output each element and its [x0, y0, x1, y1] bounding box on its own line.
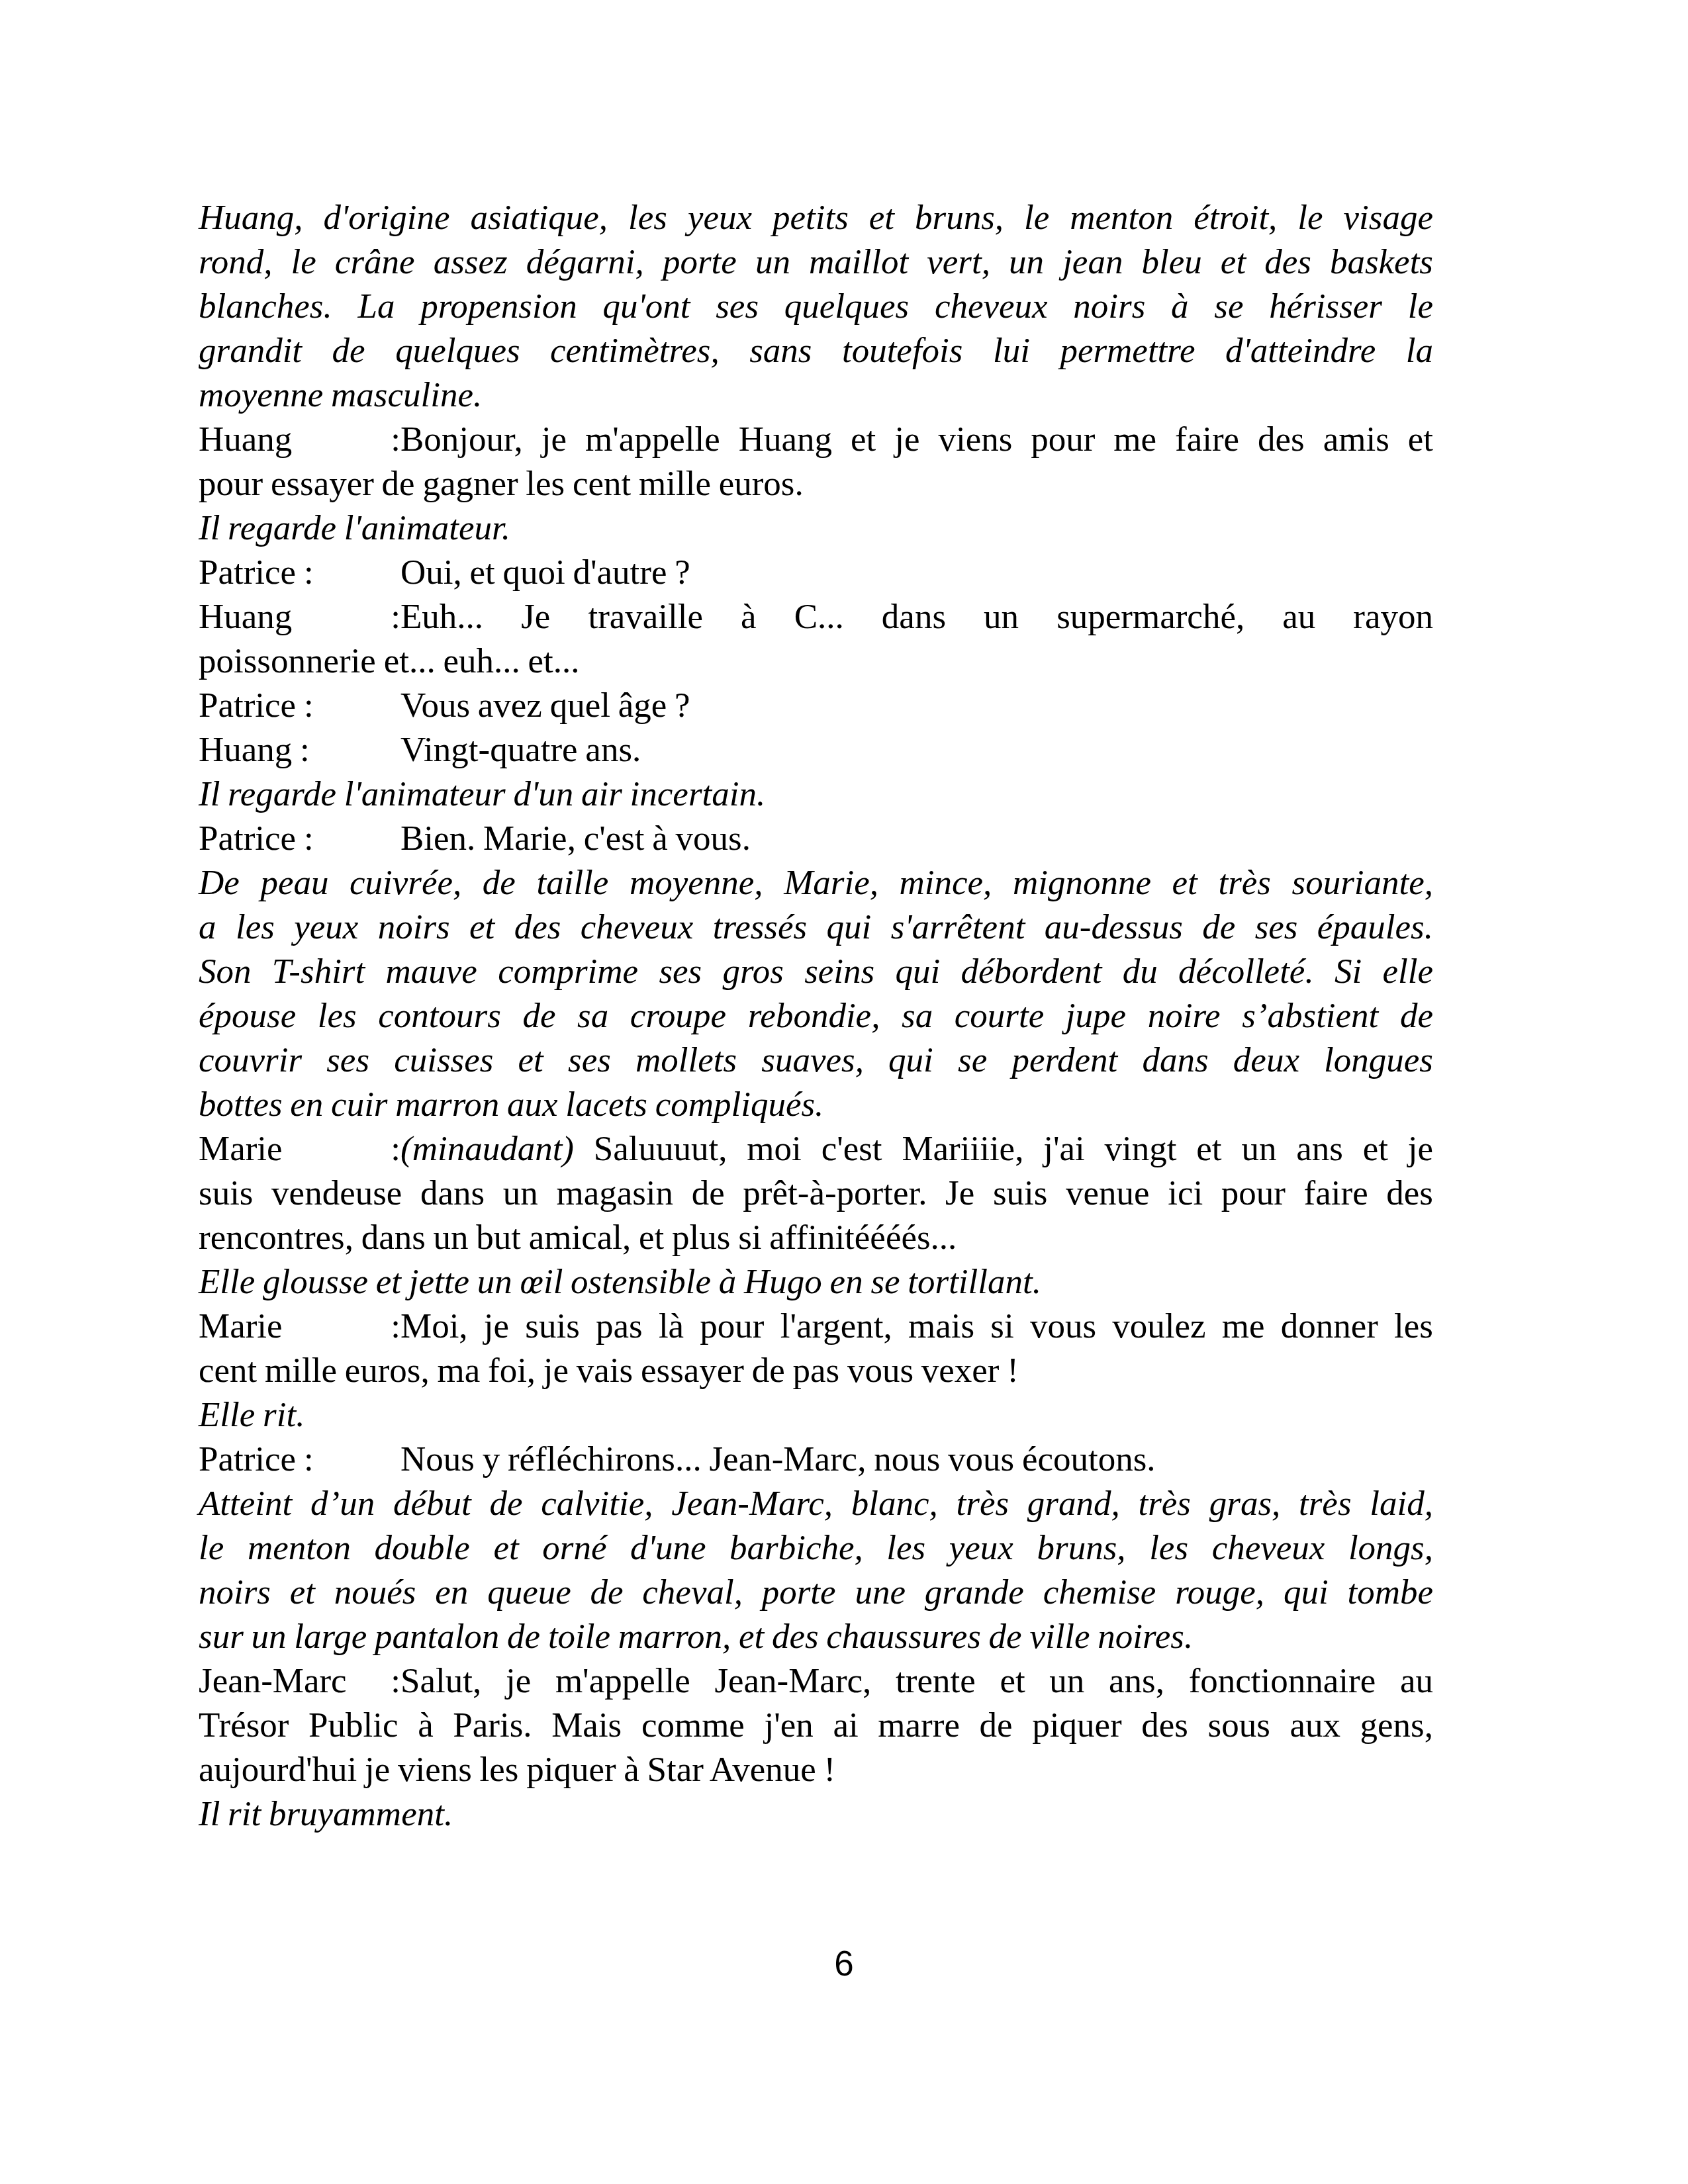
- dialogue-paragraph: Huang :Euh... Je travaille à C... dans u…: [199, 595, 1433, 684]
- dialogue-paragraph: Huang :Bonjour, je m'appelle Huang et je…: [199, 418, 1433, 506]
- line-text: Il rit bruyamment.: [199, 1795, 453, 1833]
- speaker-label: Huang :: [199, 418, 400, 462]
- line-text: épouse les contours de sa croupe rebondi…: [199, 997, 1433, 1035]
- script-page: Huang, d'origine asiatique, les yeux pet…: [0, 0, 1688, 2184]
- line-text: Nous y réfléchirons... Jean-Marc, nous v…: [400, 1440, 1156, 1479]
- text-block: Huang, d'origine asiatique, les yeux pet…: [199, 196, 1433, 1837]
- stage-direction-line: Atteint d’un début de calvitie, Jean-Mar…: [199, 1482, 1433, 1526]
- line-text: poissonnerie et... euh... et...: [199, 642, 579, 680]
- line-text: aujourd'hui je viens les piquer à Star A…: [199, 1751, 835, 1789]
- stage-direction: De peau cuivrée, de taille moyenne, Mari…: [199, 861, 1433, 1127]
- stage-direction-line: noirs et noués en queue de cheval, porte…: [199, 1570, 1433, 1615]
- dialogue-line: poissonnerie et... euh... et...: [199, 639, 1433, 684]
- stage-direction-line: sur un large pantalon de toile marron, e…: [199, 1615, 1433, 1659]
- dialogue-paragraph: Huang :Vingt-quatre ans.: [199, 728, 1433, 772]
- stage-direction-line: épouse les contours de sa croupe rebondi…: [199, 994, 1433, 1038]
- page-number: 6: [0, 1946, 1688, 1981]
- line-text: moyenne masculine.: [199, 376, 482, 414]
- stage-direction: Elle rit.: [199, 1393, 1433, 1437]
- stage-direction-line: Elle rit.: [199, 1393, 1433, 1437]
- speaker-label: Huang :: [199, 595, 400, 639]
- dialogue-paragraph: Jean-Marc :Salut, je m'appelle Jean-Marc…: [199, 1659, 1433, 1792]
- line-text: pour essayer de gagner les cent mille eu…: [199, 465, 804, 503]
- dialogue-line: suis vendeuse dans un magasin de prêt-à-…: [199, 1171, 1433, 1216]
- line-text: blanches. La propension qu'ont ses quelq…: [199, 287, 1433, 326]
- stage-direction-line: De peau cuivrée, de taille moyenne, Mari…: [199, 861, 1433, 905]
- line-text: Bien. Marie, c'est à vous.: [400, 819, 751, 858]
- stage-direction: Il regarde l'animateur.: [199, 506, 1433, 551]
- stage-direction-line: Elle glousse et jette un œil ostensible …: [199, 1260, 1433, 1304]
- stage-direction: Il regarde l'animateur d'un air incertai…: [199, 772, 1433, 817]
- stage-direction-line: le menton double et orné d'une barbiche,…: [199, 1526, 1433, 1570]
- line-text: Atteint d’un début de calvitie, Jean-Mar…: [199, 1484, 1433, 1523]
- dialogue-line: Patrice :Oui, et quoi d'autre ?: [199, 551, 1433, 595]
- stage-direction-line: couvrir ses cuisses et ses mollets suave…: [199, 1038, 1433, 1083]
- line-text: Salut, je m'appelle Jean-Marc, trente et…: [400, 1662, 1433, 1700]
- line-text: Il regarde l'animateur.: [199, 509, 510, 547]
- dialogue-line: rencontres, dans un but amical, et plus …: [199, 1216, 1433, 1260]
- stage-direction-line: rond, le crâne assez dégarni, porte un m…: [199, 240, 1433, 285]
- line-text: cent mille euros, ma foi, je vais essaye…: [199, 1351, 1019, 1390]
- stage-direction: Elle glousse et jette un œil ostensible …: [199, 1260, 1433, 1304]
- dialogue-line: Marie :Moi, je suis pas là pour l'argent…: [199, 1304, 1433, 1349]
- stage-direction: Il rit bruyamment.: [199, 1792, 1433, 1837]
- line-text: noirs et noués en queue de cheval, porte…: [199, 1573, 1433, 1612]
- dialogue-line: Marie :(minaudant) Saluuuut, moi c'est M…: [199, 1127, 1433, 1171]
- speaker-label: Marie :: [199, 1127, 400, 1171]
- stage-direction-line: Il rit bruyamment.: [199, 1792, 1433, 1837]
- line-text: Son T-shirt mauve comprime ses gros sein…: [199, 952, 1433, 991]
- line-text: Huang, d'origine asiatique, les yeux pet…: [199, 199, 1433, 237]
- speaker-label: Patrice :: [199, 684, 400, 728]
- stage-direction: Huang, d'origine asiatique, les yeux pet…: [199, 196, 1433, 418]
- dialogue-line: Patrice :Vous avez quel âge ?: [199, 684, 1433, 728]
- speaker-label: Huang :: [199, 728, 400, 772]
- stage-direction-line: moyenne masculine.: [199, 373, 1433, 418]
- stage-direction-line: bottes en cuir marron aux lacets compliq…: [199, 1083, 1433, 1127]
- stage-direction-line: Huang, d'origine asiatique, les yeux pet…: [199, 196, 1433, 240]
- line-text: Oui, et quoi d'autre ?: [400, 553, 690, 592]
- dialogue-paragraph: Marie :(minaudant) Saluuuut, moi c'est M…: [199, 1127, 1433, 1260]
- speaker-label: Jean-Marc :: [199, 1659, 400, 1704]
- dialogue-line: Patrice :Nous y réfléchirons... Jean-Mar…: [199, 1437, 1433, 1482]
- line-text: Bonjour, je m'appelle Huang et je viens …: [400, 420, 1433, 459]
- stage-direction-line: Son T-shirt mauve comprime ses gros sein…: [199, 950, 1433, 994]
- line-text: Euh... Je travaille à C... dans un super…: [400, 598, 1433, 636]
- line-text: Trésor Public à Paris. Mais comme j'en a…: [199, 1706, 1433, 1745]
- speaker-label: Patrice :: [199, 1437, 400, 1482]
- line-text: Elle glousse et jette un œil ostensible …: [199, 1263, 1041, 1301]
- line-text: Saluuuut, moi c'est Mariiiie, j'ai vingt…: [574, 1130, 1433, 1168]
- line-text: sur un large pantalon de toile marron, e…: [199, 1617, 1193, 1656]
- stage-direction-line: grandit de quelques centimètres, sans to…: [199, 329, 1433, 373]
- dialogue-line: aujourd'hui je viens les piquer à Star A…: [199, 1748, 1433, 1792]
- stage-direction: Atteint d’un début de calvitie, Jean-Mar…: [199, 1482, 1433, 1659]
- dialogue-paragraph: Patrice :Bien. Marie, c'est à vous.: [199, 817, 1433, 861]
- dialogue-line: Jean-Marc :Salut, je m'appelle Jean-Marc…: [199, 1659, 1433, 1704]
- line-text: rencontres, dans un but amical, et plus …: [199, 1218, 957, 1257]
- stage-direction-line: Il regarde l'animateur.: [199, 506, 1433, 551]
- line-text: Elle rit.: [199, 1396, 305, 1434]
- stage-direction-line: a les yeux noirs et des cheveux tressés …: [199, 905, 1433, 950]
- line-text: Vingt-quatre ans.: [400, 731, 641, 769]
- line-text: rond, le crâne assez dégarni, porte un m…: [199, 243, 1433, 281]
- line-text: Moi, je suis pas là pour l'argent, mais …: [400, 1307, 1433, 1345]
- dialogue-line: cent mille euros, ma foi, je vais essaye…: [199, 1349, 1433, 1393]
- speaker-label: Patrice :: [199, 817, 400, 861]
- dialogue-line: pour essayer de gagner les cent mille eu…: [199, 462, 1433, 506]
- dialogue-paragraph: Patrice :Nous y réfléchirons... Jean-Mar…: [199, 1437, 1433, 1482]
- dialogue-paragraph: Patrice :Oui, et quoi d'autre ?: [199, 551, 1433, 595]
- line-text: grandit de quelques centimètres, sans to…: [199, 332, 1433, 370]
- speaker-label: Patrice :: [199, 551, 400, 595]
- dialogue-line: Patrice :Bien. Marie, c'est à vous.: [199, 817, 1433, 861]
- line-text: couvrir ses cuisses et ses mollets suave…: [199, 1041, 1433, 1079]
- dialogue-paragraph: Patrice :Vous avez quel âge ?: [199, 684, 1433, 728]
- parenthetical: (minaudant): [400, 1130, 574, 1168]
- line-text: le menton double et orné d'une barbiche,…: [199, 1529, 1433, 1567]
- line-text: De peau cuivrée, de taille moyenne, Mari…: [199, 864, 1433, 902]
- stage-direction-line: blanches. La propension qu'ont ses quelq…: [199, 285, 1433, 329]
- speaker-label: Marie :: [199, 1304, 400, 1349]
- line-text: bottes en cuir marron aux lacets compliq…: [199, 1085, 823, 1124]
- stage-direction-line: Il regarde l'animateur d'un air incertai…: [199, 772, 1433, 817]
- dialogue-line: Huang :Bonjour, je m'appelle Huang et je…: [199, 418, 1433, 462]
- dialogue-line: Huang :Euh... Je travaille à C... dans u…: [199, 595, 1433, 639]
- dialogue-paragraph: Marie :Moi, je suis pas là pour l'argent…: [199, 1304, 1433, 1393]
- dialogue-line: Trésor Public à Paris. Mais comme j'en a…: [199, 1704, 1433, 1748]
- line-text: Vous avez quel âge ?: [400, 686, 690, 725]
- line-text: Il regarde l'animateur d'un air incertai…: [199, 775, 765, 813]
- line-text: a les yeux noirs et des cheveux tressés …: [199, 908, 1433, 946]
- line-text: suis vendeuse dans un magasin de prêt-à-…: [199, 1174, 1433, 1212]
- dialogue-line: Huang :Vingt-quatre ans.: [199, 728, 1433, 772]
